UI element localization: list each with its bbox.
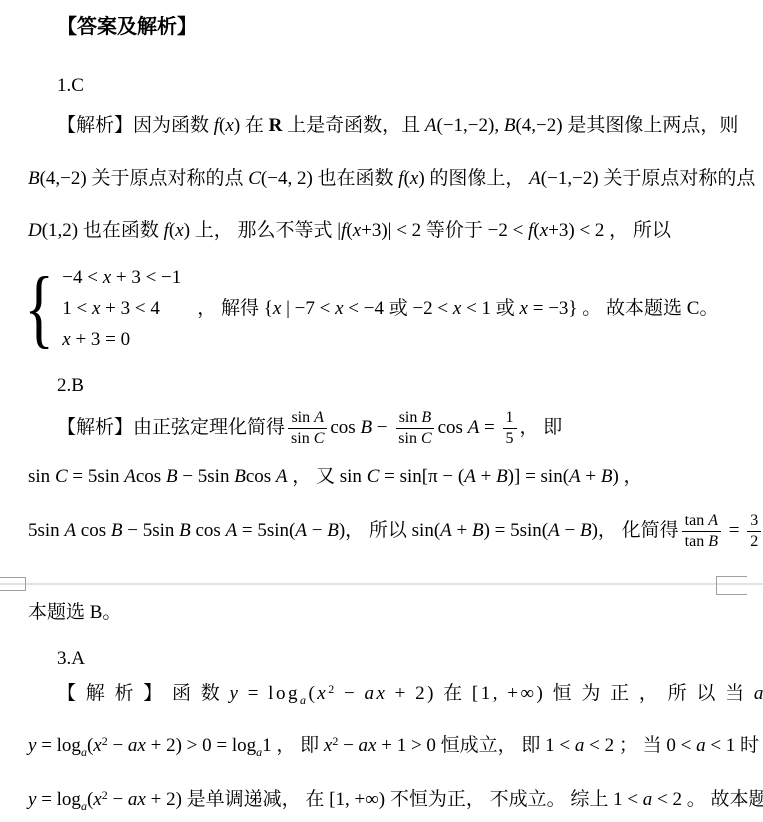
text-run: 上是奇函数，且: [282, 115, 425, 136]
text-run: −: [307, 520, 327, 541]
fraction-denominator: sin C: [395, 429, 434, 449]
text-run: < −4 或 −2 <: [344, 298, 453, 319]
text-run: cos: [246, 466, 276, 487]
math-variable: B: [421, 409, 431, 426]
text-run: cos: [136, 466, 166, 487]
text-run: +3)| < 2 等价于 −2 <: [361, 220, 528, 241]
math-variable: A: [276, 466, 288, 487]
math-variable: B: [472, 520, 484, 541]
text-run: ) 的图像上，: [418, 168, 529, 189]
math-variable: A: [64, 520, 76, 541]
solution-2-line-3: 5sin A cos B − 5sin B cos A = 5sin(A − B…: [28, 510, 763, 552]
solution-1-case-system: { −4 < x + 3 < −1 1 < x + 3 < 4 x + 3 = …: [18, 262, 718, 355]
text-run: < 1 或: [461, 298, 519, 319]
math-variable: x: [225, 115, 233, 136]
math-variable: A: [708, 512, 718, 529]
text-run: (4,−2) 是其图像上两点，则: [515, 115, 738, 136]
math-variable: B: [166, 466, 178, 487]
math-variable: x: [317, 683, 328, 704]
text-run: (1,2) 也在函数: [42, 220, 164, 241]
math-variable: A: [464, 466, 476, 487]
math-variable: A: [295, 520, 307, 541]
text-run: 本题选 B。: [28, 602, 121, 623]
text-run: cos: [191, 520, 226, 541]
math-variable: A: [226, 520, 238, 541]
text-run: = sin[π − (: [379, 466, 464, 487]
text-run: ， 解得 {: [197, 298, 273, 319]
math-variable: x: [93, 735, 101, 756]
text-run: cos: [438, 417, 468, 438]
text-run: < 1 时 ，: [706, 735, 763, 756]
text-run: = 5sin: [68, 466, 125, 487]
page-boundary-line: [0, 583, 763, 585]
math-variable: A: [569, 466, 581, 487]
math-variable: a: [643, 789, 653, 810]
text-run: + 3 < 4: [100, 298, 159, 319]
text-run: tan: [685, 533, 709, 550]
text-run: sin: [399, 409, 422, 426]
answer-1: 1.C: [57, 74, 84, 98]
math-variable: a: [754, 683, 763, 704]
math-variable: ax: [128, 789, 146, 810]
text-run: sin: [28, 466, 55, 487]
math-variable: C: [314, 430, 325, 447]
text-run: sin: [291, 409, 314, 426]
text-run: = log: [36, 735, 81, 756]
fraction-numerator: sin A: [288, 408, 326, 429]
math-variable: a: [575, 735, 585, 756]
text-run: +: [476, 466, 496, 487]
text-run: sin: [398, 430, 421, 447]
solution-3-line-1: 【 解 析 】 函 数 y = loga(x2 − ax + 2) 在 [1, …: [57, 677, 763, 712]
text-run: 2: [750, 533, 758, 550]
solution-1-line-2: B(4,−2) 关于原点对称的点 C(−4, 2) 也在函数 f(x) 的图像上…: [28, 167, 755, 191]
math-variable: B: [504, 115, 516, 136]
fraction-denominator: sin C: [288, 429, 327, 449]
answer-3: 3.A: [57, 647, 85, 671]
math-variable: x: [93, 789, 101, 810]
text-run: sin: [291, 430, 314, 447]
solution-3-line-3: y = loga(x2 − ax + 2) 是单调递减， 在 [1, +∞) 不…: [28, 783, 763, 818]
system-brace: {: [24, 267, 54, 351]
system-row-2: 1 < x + 3 < 4: [62, 293, 181, 324]
text-run: | −7 <: [281, 298, 335, 319]
page-boundary-marker-right: [716, 576, 747, 595]
math-variable: B: [708, 533, 718, 550]
text-run: (−1,−2) 关于原点对称的点: [541, 168, 756, 189]
math-variable: B: [360, 417, 372, 438]
math-variable: x: [353, 220, 361, 241]
text-run: 【 解 析 】 函 数: [57, 683, 230, 704]
text-run: −: [372, 417, 392, 438]
math-variable: B: [580, 520, 592, 541]
superscript: 2: [328, 682, 337, 696]
math-variable: C: [367, 466, 380, 487]
math-variable: A: [425, 115, 437, 136]
solution-1-line-3: D(1,2) 也在函数 f(x) 上， 那么不等式 |f(x+3)| < 2 等…: [28, 219, 671, 243]
math-variable: A: [468, 417, 480, 438]
math-variable: x: [520, 298, 528, 319]
math-variable: A: [529, 168, 541, 189]
text-run: 【解析】由正弦定理化简得: [57, 417, 285, 438]
page-boundary-marker-left: [0, 577, 26, 591]
text-run: + 3 = 0: [71, 329, 130, 350]
text-run: ) 上， 那么不等式 |: [184, 220, 341, 241]
fraction: sin Asin C: [288, 408, 327, 449]
fraction-numerator: sin B: [396, 408, 434, 429]
text-run: −: [108, 789, 128, 810]
math-variable: B: [111, 520, 123, 541]
fraction-denominator: 2: [747, 532, 761, 552]
text-run: )， 所以 sin(: [339, 520, 440, 541]
math-variable: B: [601, 466, 613, 487]
text-run: =: [479, 417, 499, 438]
text-run: −: [338, 735, 358, 756]
text-run: 3: [750, 512, 758, 529]
text-run: < 2 。 故本题选 A。: [652, 789, 763, 810]
math-variable: A: [440, 520, 452, 541]
fraction: 32: [747, 511, 761, 552]
text-run: ) = 5sin(: [484, 520, 549, 541]
math-variable: ax: [128, 735, 146, 756]
math-variable: x: [540, 220, 548, 241]
text-run: + 1 > 0 恒成立， 即 1 <: [376, 735, 574, 756]
text-run: −: [337, 683, 365, 704]
text-run: +: [581, 466, 601, 487]
text-run: 【解析】因为函数: [57, 115, 214, 136]
math-variable: C: [421, 430, 432, 447]
text-run: ， 又 sin: [288, 466, 367, 487]
math-variable: A: [124, 466, 136, 487]
fraction-numerator: 1: [503, 408, 517, 429]
system-row-1: −4 < x + 3 < −1: [62, 262, 181, 293]
math-variable: B: [496, 466, 508, 487]
text-run: ) 在: [234, 115, 269, 136]
text-run: 1: [506, 409, 514, 426]
math-variable: A: [314, 409, 324, 426]
math-variable: x: [175, 220, 183, 241]
text-run: −: [560, 520, 580, 541]
system-conclusion: ， 解得 {x | −7 < x < −4 或 −2 < x < 1 或 x =…: [197, 297, 718, 321]
text-run: +: [452, 520, 472, 541]
text-run: 1 ， 即: [262, 735, 324, 756]
text-run: +3) < 2 ， 所以: [548, 220, 671, 241]
fraction-numerator: 3: [747, 511, 761, 532]
fraction: tan Atan B: [682, 511, 721, 552]
text-run: − 5sin: [122, 520, 179, 541]
text-run: + 3 < −1: [111, 267, 181, 288]
math-variable: ax: [364, 683, 387, 704]
math-variable: B: [28, 168, 40, 189]
math-variable: C: [55, 466, 68, 487]
math-variable: C: [248, 168, 261, 189]
text-run: + 2) 是单调递减， 在 [1, +∞) 不恒为正， 不成立。 综上 1 <: [146, 789, 643, 810]
math-variable: y: [230, 683, 241, 704]
solution-2-line-1: 【解析】由正弦定理化简得sin Asin Ccos B − sin Bsin C…: [57, 406, 562, 450]
fraction-denominator: 5: [503, 429, 517, 449]
math-variable: A: [548, 520, 560, 541]
text-run: < 2 ； 当 0 <: [584, 735, 696, 756]
text-run: + 2) > 0 = log: [146, 735, 256, 756]
text-run: (4,−2) 关于原点对称的点: [40, 168, 249, 189]
text-run: (: [308, 683, 317, 704]
text-run: (−1,−2),: [437, 115, 504, 136]
text-run: 5: [506, 430, 514, 447]
math-variable: x: [62, 329, 70, 350]
fraction: sin Bsin C: [395, 408, 434, 449]
text-run: )] = sin(: [508, 466, 569, 487]
math-variable: x: [103, 267, 111, 288]
fraction-denominator: tan B: [682, 532, 721, 552]
document-page: { "colors": { "text": "#000000", "backgr…: [0, 0, 763, 822]
answers-heading: 【答案及解析】: [57, 15, 197, 39]
math-variable: x: [335, 298, 343, 319]
fraction: 15: [503, 408, 517, 449]
math-variable: B: [234, 466, 246, 487]
text-run: 5sin: [28, 520, 64, 541]
text-run: ， 即: [520, 417, 563, 438]
text-run: = log: [240, 683, 300, 704]
math-variable: ax: [359, 735, 377, 756]
solution-1-line-1: 【解析】因为函数 f(x) 在 R 上是奇函数，且 A(−1,−2), B(4,…: [57, 114, 738, 138]
text-run: 1 <: [62, 298, 92, 319]
text-run: −: [108, 735, 128, 756]
system-row-3: x + 3 = 0: [62, 324, 181, 355]
text-run: − 5sin: [178, 466, 235, 487]
text-run: =: [724, 520, 744, 541]
text-run: (−4, 2) 也在函数: [261, 168, 398, 189]
text-run: = log: [36, 789, 81, 810]
system-rows: −4 < x + 3 < −1 1 < x + 3 < 4 x + 3 = 0: [62, 262, 181, 355]
text-run: tan: [685, 512, 709, 529]
math-variable: D: [28, 220, 42, 241]
text-run: ) ，: [612, 466, 642, 487]
solution-2-line-4: 本题选 B。: [28, 601, 121, 625]
fraction-numerator: tan A: [682, 511, 721, 532]
text-run: cos: [76, 520, 111, 541]
text-run: = −3} 。 故本题选 C。: [528, 298, 718, 319]
bold-symbol: R: [269, 115, 283, 136]
answer-2: 2.B: [57, 374, 84, 398]
math-variable: a: [696, 735, 706, 756]
math-variable: B: [179, 520, 191, 541]
text-run: + 2) 在 [1, +∞) 恒 为 正 ， 所 以 当: [387, 683, 753, 704]
math-variable: B: [327, 520, 339, 541]
solution-3-line-2: y = loga(x2 − ax + 2) > 0 = loga1 ， 即 x2…: [28, 729, 763, 764]
text-run: −4 <: [62, 267, 102, 288]
text-run: = 5sin(: [237, 520, 295, 541]
solution-2-line-2: sin C = 5sin Acos B − 5sin Bcos A ， 又 si…: [28, 465, 643, 489]
text-run: cos: [330, 417, 360, 438]
text-run: )， 化简得: [592, 520, 679, 541]
